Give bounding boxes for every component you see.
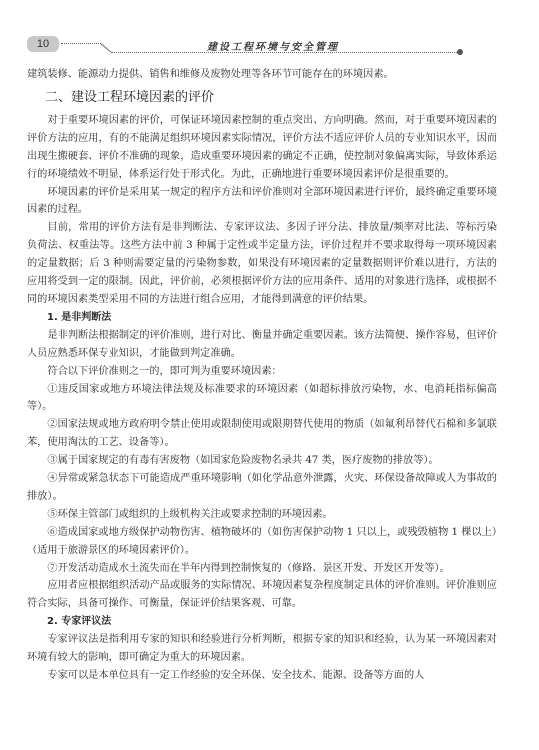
paragraph: 建筑装修、能源动力提供、销售和维修及废物处理等各环节可能存在的环境因素。 xyxy=(27,66,497,84)
criteria-item: ③属于国家规定的有毒有害废物（如国家危险废物名录共 47 类，医疗废物的排放等）… xyxy=(27,452,497,470)
criteria-item: ②国家法规或地方政府明令禁止使用或限制使用或限期替代使用的物质（如氟利昂替代石棉… xyxy=(27,416,497,452)
section-heading: 二、建设工程环境因素的评价 xyxy=(27,88,497,108)
criteria-item: ⑦开发活动造成水土流失而在半年内得到控制恢复的（修路、景区开发、开发区开发等）。 xyxy=(27,560,497,578)
running-title: 建设工程环境与安全管理 xyxy=(207,38,339,53)
page-header: 10 建设工程环境与安全管理 xyxy=(0,0,539,60)
criteria-item: ⑤环保主管部门或组织的上级机构关注或要求控制的环境因素。 xyxy=(27,506,497,524)
header-rule-slant xyxy=(100,43,112,52)
paragraph: 对于重要环境因素的评价，可保证环境因素控制的重点突出、方向明确。然而，对于重要环… xyxy=(27,112,497,184)
criteria-item: ⑥造成国家或地方级保护动物伤害、植物破坏的（如伤害保护动物 1 只以上，或残毁植… xyxy=(27,524,497,560)
criteria-item: ①违反国家或地方环境法律法规及标准要求的环境因素（如超标排放污染物，水、电消耗指… xyxy=(27,381,497,417)
header-rule-left xyxy=(61,43,101,44)
paragraph: 应用者应根据组织活动产品或服务的实际情况、环境因素复杂程度制定具体的评价准则。评… xyxy=(27,577,497,613)
paragraph: 符合以下评价准则之一的，即可判为重要环境因素： xyxy=(27,363,497,381)
subsection-heading: 2. 专家评议法 xyxy=(27,613,497,631)
criteria-item: ④异常或紧急状态下可能造成严重环境影响（如化学品意外泄露，火灾、环保设备故障或人… xyxy=(27,470,497,506)
paragraph: 环境因素的评价是采用某一规定的程序方法和评价准则对全部环境因素进行评价，最终确定… xyxy=(27,184,497,220)
page-number: 10 xyxy=(27,36,59,52)
paragraph: 专家评议法是指利用专家的知识和经验进行分析判断，根据专家的知识和经验，认为某一环… xyxy=(27,631,497,667)
paragraph: 目前，常用的评价方法有是非判断法、专家评议法、多因子评分法、排放量/频率对比法、… xyxy=(27,219,497,309)
subsection-heading: 1. 是非判断法 xyxy=(27,309,497,327)
paragraph: 是非判断法根据制定的评价准则，进行对比、衡量并确定重要因素。该方法简便、操作容易… xyxy=(27,327,497,363)
header-rule-end-dot-icon xyxy=(457,49,463,55)
paragraph: 专家可以是本单位具有一定工作经验的安全环保、安全技术、能源、设备等方面的人 xyxy=(27,667,497,685)
page-body: 建筑装修、能源动力提供、销售和维修及废物处理等各环节可能存在的环境因素。 二、建… xyxy=(27,66,497,685)
